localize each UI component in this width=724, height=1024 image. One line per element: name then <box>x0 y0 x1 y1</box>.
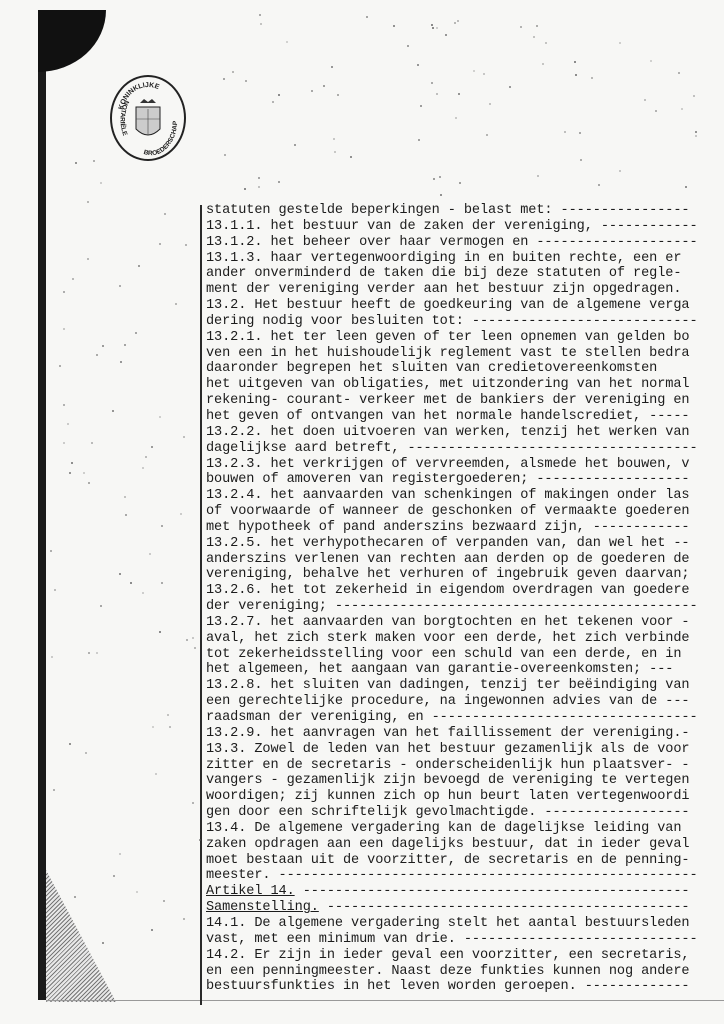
line-text: Artikel 14. <box>206 884 295 899</box>
line-text: woordigen; zij kunnen zich op hun beurt … <box>206 789 689 804</box>
text-line: 13.4. De algemene vergadering kan de dag… <box>206 821 724 837</box>
text-line: vangers - gezamenlijk zijn bevoegd de ve… <box>206 773 724 789</box>
line-text: 13.2.2. het doen uitvoeren van werken, t… <box>206 425 689 440</box>
line-text: 13.2.5. het verhypothecaren of verpanden… <box>206 536 689 551</box>
text-line: het uitgeven van obligaties, met uitzond… <box>206 377 724 393</box>
text-line: het algemeen, het aangaan van garantie-o… <box>206 662 724 678</box>
coat-of-arms-icon: KONINKLIJKE NOTARIËLE BROEDERSCHAP <box>112 77 184 159</box>
text-line: dering nodig voor besluiten tot: -------… <box>206 314 724 330</box>
text-line: woordigen; zij kunnen zich op hun beurt … <box>206 789 724 805</box>
text-line: meester. -------------------------------… <box>206 868 724 884</box>
text-line: ander onverminderd de taken die bij deze… <box>206 266 724 282</box>
line-text: 13.2.3. het verkrijgen of vervreemden, a… <box>206 457 689 472</box>
text-line: bouwen of amoveren van registergoederen;… <box>206 472 724 488</box>
line-text: vast, met een minimum van drie. --------… <box>206 932 698 947</box>
text-line: gen door een schriftelijk gevolmachtigde… <box>206 805 724 821</box>
line-dashes: ----------------------------------------… <box>295 884 690 899</box>
line-text: daaronder begrepen het sluiten van credi… <box>206 361 657 376</box>
text-line: dagelijkse aard betreft, ---------------… <box>206 441 724 457</box>
section-heading: Samenstelling. -------------------------… <box>206 900 724 916</box>
line-text: 13.3. Zowel de leden van het bestuur gez… <box>206 742 689 757</box>
line-text: 13.1.2. het beheer over haar vermogen en… <box>206 235 698 250</box>
line-text: raadsman der vereniging, en ------------… <box>206 710 698 725</box>
text-line: anderszins verlenen van rechten aan derd… <box>206 552 724 568</box>
text-line: 13.2.2. het doen uitvoeren van werken, t… <box>206 425 724 441</box>
line-text: der vereniging; ------------------------… <box>206 599 698 614</box>
line-text: meester. -------------------------------… <box>206 868 698 883</box>
line-text: 13.2. Het bestuur heeft de goedkeuring v… <box>206 298 689 313</box>
line-text: dagelijkse aard betreft, ---------------… <box>206 441 698 456</box>
line-text: ander onverminderd de taken die bij deze… <box>206 266 681 281</box>
text-line: 13.2.3. het verkrijgen of vervreemden, a… <box>206 457 724 473</box>
line-text: 13.2.8. het sluiten van dadingen, tenzij… <box>206 678 689 693</box>
line-text: tot zekerheidsstelling voor een schuld v… <box>206 647 681 662</box>
text-line: bestuursfunkties in het leven worden ger… <box>206 979 724 995</box>
margin-rule <box>200 205 202 1005</box>
text-line: tot zekerheidsstelling voor een schuld v… <box>206 647 724 663</box>
text-line: 14.2. Er zijn in ieder geval een voorzit… <box>206 948 724 964</box>
line-text: 13.2.6. het tot zekerheid in eigendom ov… <box>206 583 689 598</box>
line-text: 13.4. De algemene vergadering kan de dag… <box>206 821 681 836</box>
line-text: aval, het zich sterk maken voor een derd… <box>206 631 689 646</box>
line-text: statuten gestelde beperkingen - belast m… <box>206 203 689 218</box>
line-text: zaken opdragen aan een dagelijks bestuur… <box>206 837 689 852</box>
text-line: 13.2.1. het ter leen geven of ter leen o… <box>206 330 724 346</box>
text-line: het geven of ontvangen van het normale h… <box>206 409 724 425</box>
text-line: moet bestaan uit de voorzitter, de secre… <box>206 853 724 869</box>
text-line: raadsman der vereniging, en ------------… <box>206 710 724 726</box>
text-line: 13.2.5. het verhypothecaren of verpanden… <box>206 536 724 552</box>
text-line: daaronder begrepen het sluiten van credi… <box>206 361 724 377</box>
line-text: het algemeen, het aangaan van garantie-o… <box>206 662 673 677</box>
bottom-corner-hatch <box>46 870 116 1002</box>
line-text: Samenstelling. <box>206 900 319 915</box>
line-text: vangers - gezamenlijk zijn bevoegd de ve… <box>206 773 689 788</box>
line-text: anderszins verlenen van rechten aan derd… <box>206 552 689 567</box>
line-text: 13.1.3. haar vertegenwoordiging in en bu… <box>206 251 681 266</box>
line-text: dering nodig voor besluiten tot: -------… <box>206 314 698 329</box>
line-text: moet bestaan uit de voorzitter, de secre… <box>206 853 689 868</box>
text-line: vast, met een minimum van drie. --------… <box>206 932 724 948</box>
text-line: ment der vereniging verder aan het bestu… <box>206 282 724 298</box>
line-text: met hypotheek of pand anderszins bezwaar… <box>206 520 689 535</box>
line-dashes: ----------------------------------------… <box>319 900 690 915</box>
text-line: 13.2.6. het tot zekerheid in eigendom ov… <box>206 583 724 599</box>
text-line: aval, het zich sterk maken voor een derd… <box>206 631 724 647</box>
text-line: zitter en de secretaris - onderscheidenl… <box>206 758 724 774</box>
top-corner-blot <box>38 10 106 72</box>
line-text: bestuursfunkties in het leven worden ger… <box>206 979 689 994</box>
text-line: rekening- courant- verkeer met de bankie… <box>206 393 724 409</box>
line-text: 13.2.4. het aanvaarden van schenkingen o… <box>206 488 689 503</box>
text-line: 14.1. De algemene vergadering stelt het … <box>206 916 724 932</box>
line-text: zitter en de secretaris - onderscheidenl… <box>206 758 689 773</box>
line-text: gen door een schriftelijk gevolmachtigde… <box>206 805 689 820</box>
text-line: statuten gestelde beperkingen - belast m… <box>206 203 724 219</box>
line-text: het uitgeven van obligaties, met uitzond… <box>206 377 689 392</box>
left-border-bar <box>38 10 46 1000</box>
text-line: 13.2.8. het sluiten van dadingen, tenzij… <box>206 678 724 694</box>
text-line: 13.2.4. het aanvaarden van schenkingen o… <box>206 488 724 504</box>
line-text: het geven of ontvangen van het normale h… <box>206 409 689 424</box>
notary-seal-stamp: KONINKLIJKE NOTARIËLE BROEDERSCHAP <box>110 75 186 161</box>
text-line: 13.1.2. het beheer over haar vermogen en… <box>206 235 724 251</box>
line-text: rekening- courant- verkeer met de bankie… <box>206 393 689 408</box>
section-heading: Artikel 14. ----------------------------… <box>206 884 724 900</box>
line-text: vereniging, behalve het verhuren of inge… <box>206 567 689 582</box>
line-text: een gerechtelijke procedure, na ingewonn… <box>206 694 689 709</box>
line-text: 13.2.7. het aanvaarden van borgtochten e… <box>206 615 689 630</box>
text-line: vereniging, behalve het verhuren of inge… <box>206 567 724 583</box>
text-line: ven een in het huishoudelijk reglement v… <box>206 346 724 362</box>
text-line: of voorwaarde of wanneer de geschonken o… <box>206 504 724 520</box>
text-line: met hypotheek of pand anderszins bezwaar… <box>206 520 724 536</box>
line-text: 14.1. De algemene vergadering stelt het … <box>206 916 689 931</box>
line-text: ment der vereniging verder aan het bestu… <box>206 282 681 297</box>
text-line: 13.1.3. haar vertegenwoordiging in en bu… <box>206 251 724 267</box>
bottom-edge-line <box>46 1000 724 1001</box>
text-line: der vereniging; ------------------------… <box>206 599 724 615</box>
text-line: 13.2.7. het aanvaarden van borgtochten e… <box>206 615 724 631</box>
text-line: 13.1.1. het bestuur van de zaken der ver… <box>206 219 724 235</box>
text-line: 13.3. Zowel de leden van het bestuur gez… <box>206 742 724 758</box>
line-text: 13.1.1. het bestuur van de zaken der ver… <box>206 219 698 234</box>
document-body-text: statuten gestelde beperkingen - belast m… <box>206 203 724 995</box>
line-text: 13.2.9. het aanvragen van het faillissem… <box>206 726 689 741</box>
line-text: 14.2. Er zijn in ieder geval een voorzit… <box>206 948 689 963</box>
line-text: en een penningmeester. Naast deze funkti… <box>206 964 689 979</box>
line-text: 13.2.1. het ter leen geven of ter leen o… <box>206 330 689 345</box>
line-text: of voorwaarde of wanneer de geschonken o… <box>206 504 689 519</box>
line-text: ven een in het huishoudelijk reglement v… <box>206 346 689 361</box>
text-line: zaken opdragen aan een dagelijks bestuur… <box>206 837 724 853</box>
scanned-page: KONINKLIJKE NOTARIËLE BROEDERSCHAP statu… <box>0 0 724 1024</box>
text-line: een gerechtelijke procedure, na ingewonn… <box>206 694 724 710</box>
line-text: bouwen of amoveren van registergoederen;… <box>206 472 689 487</box>
text-line: 13.2.9. het aanvragen van het faillissem… <box>206 726 724 742</box>
text-line: en een penningmeester. Naast deze funkti… <box>206 964 724 980</box>
text-line: 13.2. Het bestuur heeft de goedkeuring v… <box>206 298 724 314</box>
